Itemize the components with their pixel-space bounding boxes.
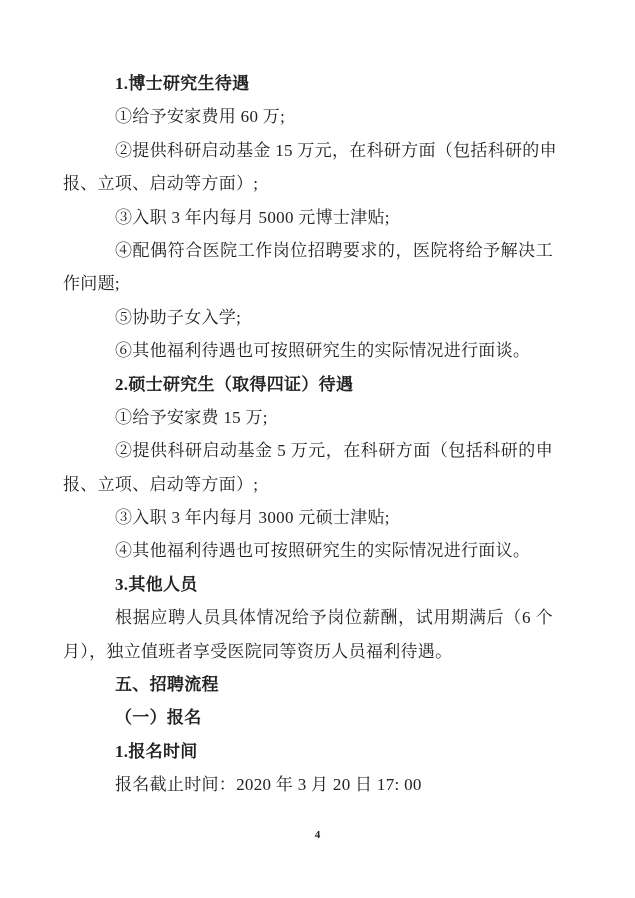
heading-other-personnel: 3.其他人员 <box>63 568 553 601</box>
heading-recruitment-process: 五、招聘流程 <box>63 668 553 701</box>
doctoral-item-2-research-fund-line2: 报、立项、启动等方面）; <box>63 167 553 200</box>
heading-registration-time: 1.报名时间 <box>63 735 553 768</box>
page-number: 4 <box>0 826 635 844</box>
master-item-2-research-fund-line2: 报、立项、启动等方面）; <box>63 468 553 501</box>
doctoral-item-3-monthly-subsidy: ③入职 3 年内每月 5000 元博士津贴; <box>63 201 553 234</box>
heading-master-benefits: 2.硕士研究生（取得四证）待遇 <box>63 368 553 401</box>
master-item-1-settling-allowance: ①给予安家费 15 万; <box>63 401 553 434</box>
doctoral-item-4-spouse-employment-line1: ④配偶符合医院工作岗位招聘要求的，医院将给予解决工 <box>63 234 553 267</box>
heading-registration: （一）报名 <box>63 701 553 734</box>
doctoral-item-6-other-benefits: ⑥其他福利待遇也可按照研究生的实际情况进行面谈。 <box>63 334 553 367</box>
doctoral-item-2-research-fund-line1: ②提供科研启动基金 15 万元，在科研方面（包括科研的申 <box>63 134 553 167</box>
heading-doctoral-benefits: 1.博士研究生待遇 <box>63 67 553 100</box>
other-personnel-salary-line1: 根据应聘人员具体情况给予岗位薪酬，试用期满后（6 个 <box>63 601 553 634</box>
document-page: 1.博士研究生待遇 ①给予安家费用 60 万; ②提供科研启动基金 15 万元，… <box>0 0 635 898</box>
doctoral-item-1-settling-allowance: ①给予安家费用 60 万; <box>63 100 553 133</box>
registration-deadline: 报名截止时间：2020 年 3 月 20 日 17: 00 <box>63 768 553 801</box>
doctoral-item-4-spouse-employment-line2: 作问题; <box>63 267 553 300</box>
master-item-2-research-fund-line1: ②提供科研启动基金 5 万元，在科研方面（包括科研的申 <box>63 434 553 467</box>
doctoral-item-5-children-schooling: ⑤协助子女入学; <box>63 301 553 334</box>
master-item-4-other-benefits: ④其他福利待遇也可按照研究生的实际情况进行面议。 <box>63 534 553 567</box>
master-item-3-monthly-subsidy: ③入职 3 年内每月 3000 元硕士津贴; <box>63 501 553 534</box>
other-personnel-salary-line2: 月），独立值班者享受医院同等资历人员福利待遇。 <box>63 635 553 668</box>
document-body: 1.博士研究生待遇 ①给予安家费用 60 万; ②提供科研启动基金 15 万元，… <box>63 67 553 802</box>
